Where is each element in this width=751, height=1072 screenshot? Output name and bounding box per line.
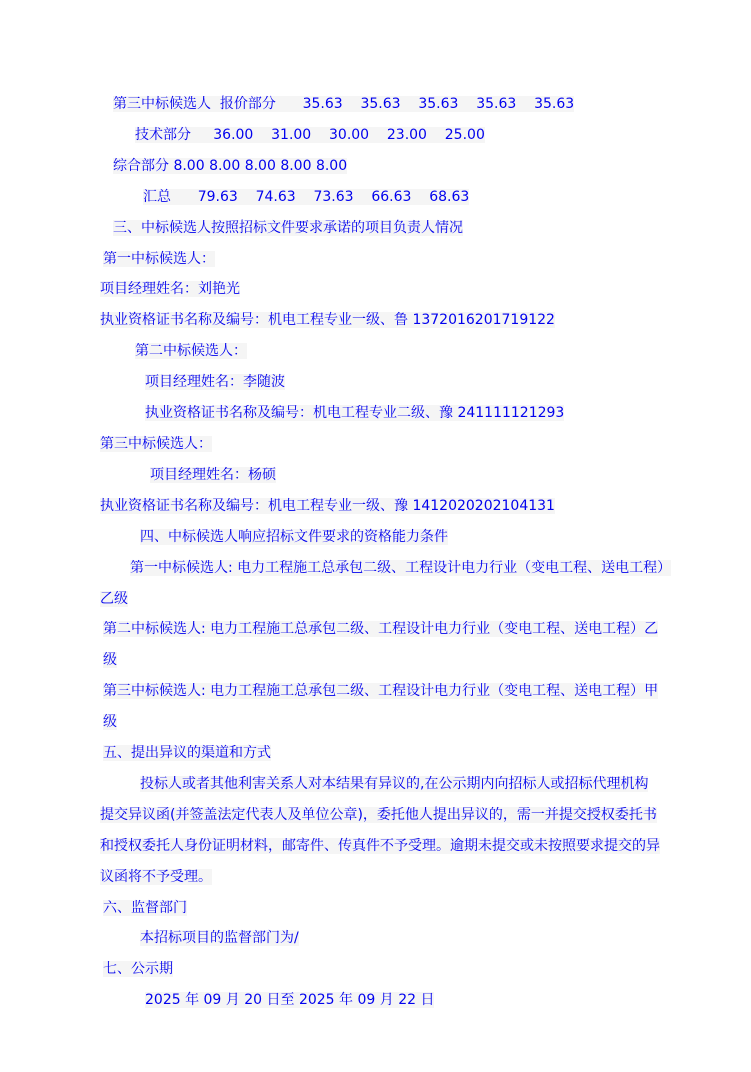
document-line: 乙级 <box>100 584 721 615</box>
document-line: 执业资格证书名称及编号：机电工程专业二级、豫 241111121293 <box>100 398 721 429</box>
document-line-text: 四、中标候选人响应招标文件要求的资格能力条件 <box>140 529 448 545</box>
document-line: 项目经理姓名：杨硕 <box>100 460 721 491</box>
document-line-text: 第三中标候选人 报价部分 35.63 35.63 35.63 35.63 35.… <box>113 96 574 112</box>
document-line-text: 项目经理姓名：杨硕 <box>150 467 276 483</box>
document-line: 项目经理姓名：李随波 <box>100 367 721 398</box>
document-line-text: 三、中标候选人按照招标文件要求承诺的项目负责人情况 <box>113 220 463 236</box>
document-line: 2025 年 09 月 20 日至 2025 年 09 月 22 日 <box>100 985 721 1016</box>
document-line-text: 乙级 <box>100 591 128 607</box>
document-line-text: 项目经理姓名：李随波 <box>145 374 285 390</box>
document-line-text: 执业资格证书名称及编号：机电工程专业一级、豫 1412020202104131 <box>100 498 555 514</box>
document-line: 第三中标候选人 报价部分 35.63 35.63 35.63 35.63 35.… <box>100 89 721 120</box>
document-line: 四、中标候选人响应招标文件要求的资格能力条件 <box>100 522 721 553</box>
document-line-text: 技术部分 36.00 31.00 30.00 23.00 25.00 <box>135 127 485 143</box>
document-line: 执业资格证书名称及编号：机电工程专业一级、豫 1412020202104131 <box>100 491 721 522</box>
document-line-text: 提交异议函(并签盖法定代表人及单位公章)，委托他人提出异议的，需一并提交授权委托… <box>100 807 657 823</box>
document-line-text: 项目经理姓名：刘艳光 <box>100 281 240 297</box>
document-line: 级 <box>100 707 721 738</box>
document-line: 本招标项目的监督部门为/ <box>100 923 721 954</box>
document-line: 综合部分 8.00 8.00 8.00 8.00 8.00 <box>100 151 721 182</box>
document-line-text: 六、监督部门 <box>103 900 187 916</box>
document-line: 第一中标候选人： <box>100 244 721 275</box>
document-line: 第一中标候选人: 电力工程施工总承包二级、工程设计电力行业（变电工程、送电工程） <box>100 553 721 584</box>
document-line-text: 级 <box>103 652 117 668</box>
document-line: 技术部分 36.00 31.00 30.00 23.00 25.00 <box>100 120 721 151</box>
document-line: 项目经理姓名：刘艳光 <box>100 274 721 305</box>
document-line-text: 五、提出异议的渠道和方式 <box>103 745 271 761</box>
document-line: 投标人或者其他利害关系人对本结果有异议的,在公示期内向招标人或招标代理机构 <box>100 769 721 800</box>
document-line-text: 议函将不予受理。 <box>100 869 212 885</box>
bid-notice-document-page: 第三中标候选人 报价部分 35.63 35.63 35.63 35.63 35.… <box>0 0 751 1072</box>
document-line: 三、中标候选人按照招标文件要求承诺的项目负责人情况 <box>100 213 721 244</box>
document-line: 第三中标候选人: 电力工程施工总承包二级、工程设计电力行业（变电工程、送电工程）… <box>100 676 721 707</box>
document-line-text: 本招标项目的监督部门为/ <box>140 930 299 946</box>
document-line-text: 第二中标候选人： <box>135 343 247 359</box>
document-line-text: 第三中标候选人： <box>100 436 212 452</box>
document-line: 第二中标候选人: 电力工程施工总承包二级、工程设计电力行业（变电工程、送电工程）… <box>100 614 721 645</box>
document-line-text: 执业资格证书名称及编号：机电工程专业一级、鲁 1372016201719122 <box>100 312 555 328</box>
document-line-text: 级 <box>103 714 117 730</box>
document-line: 和授权委托人身份证明材料，邮寄件、传真件不予受理。逾期未提交或未按照要求提交的异 <box>100 831 721 862</box>
document-line-text: 投标人或者其他利害关系人对本结果有异议的,在公示期内向招标人或招标代理机构 <box>140 776 648 792</box>
document-line-text: 和授权委托人身份证明材料，邮寄件、传真件不予受理。逾期未提交或未按照要求提交的异 <box>100 838 660 854</box>
document-line-text: 综合部分 8.00 8.00 8.00 8.00 8.00 <box>113 158 347 174</box>
document-line: 第二中标候选人： <box>100 336 721 367</box>
document-line: 六、监督部门 <box>100 893 721 924</box>
document-line: 五、提出异议的渠道和方式 <box>100 738 721 769</box>
document-line: 七、公示期 <box>100 954 721 985</box>
document-line: 提交异议函(并签盖法定代表人及单位公章)，委托他人提出异议的，需一并提交授权委托… <box>100 800 721 831</box>
document-line-text: 汇总 79.63 74.63 73.63 66.63 68.63 <box>143 189 469 205</box>
document-line-text: 2025 年 09 月 20 日至 2025 年 09 月 22 日 <box>145 992 434 1008</box>
document-line-text: 执业资格证书名称及编号：机电工程专业二级、豫 241111121293 <box>145 405 564 421</box>
document-line-text: 第一中标候选人: 电力工程施工总承包二级、工程设计电力行业（变电工程、送电工程） <box>130 560 671 576</box>
document-line-text: 第一中标候选人： <box>103 251 215 267</box>
document-line: 级 <box>100 645 721 676</box>
document-line: 第三中标候选人： <box>100 429 721 460</box>
document-line-text: 第三中标候选人: 电力工程施工总承包二级、工程设计电力行业（变电工程、送电工程）… <box>103 683 658 699</box>
document-line: 汇总 79.63 74.63 73.63 66.63 68.63 <box>100 182 721 213</box>
document-line-text: 第二中标候选人: 电力工程施工总承包二级、工程设计电力行业（变电工程、送电工程）… <box>103 621 658 637</box>
document-line: 执业资格证书名称及编号：机电工程专业一级、鲁 1372016201719122 <box>100 305 721 336</box>
document-line: 议函将不予受理。 <box>100 862 721 893</box>
document-line-text: 七、公示期 <box>103 961 173 977</box>
